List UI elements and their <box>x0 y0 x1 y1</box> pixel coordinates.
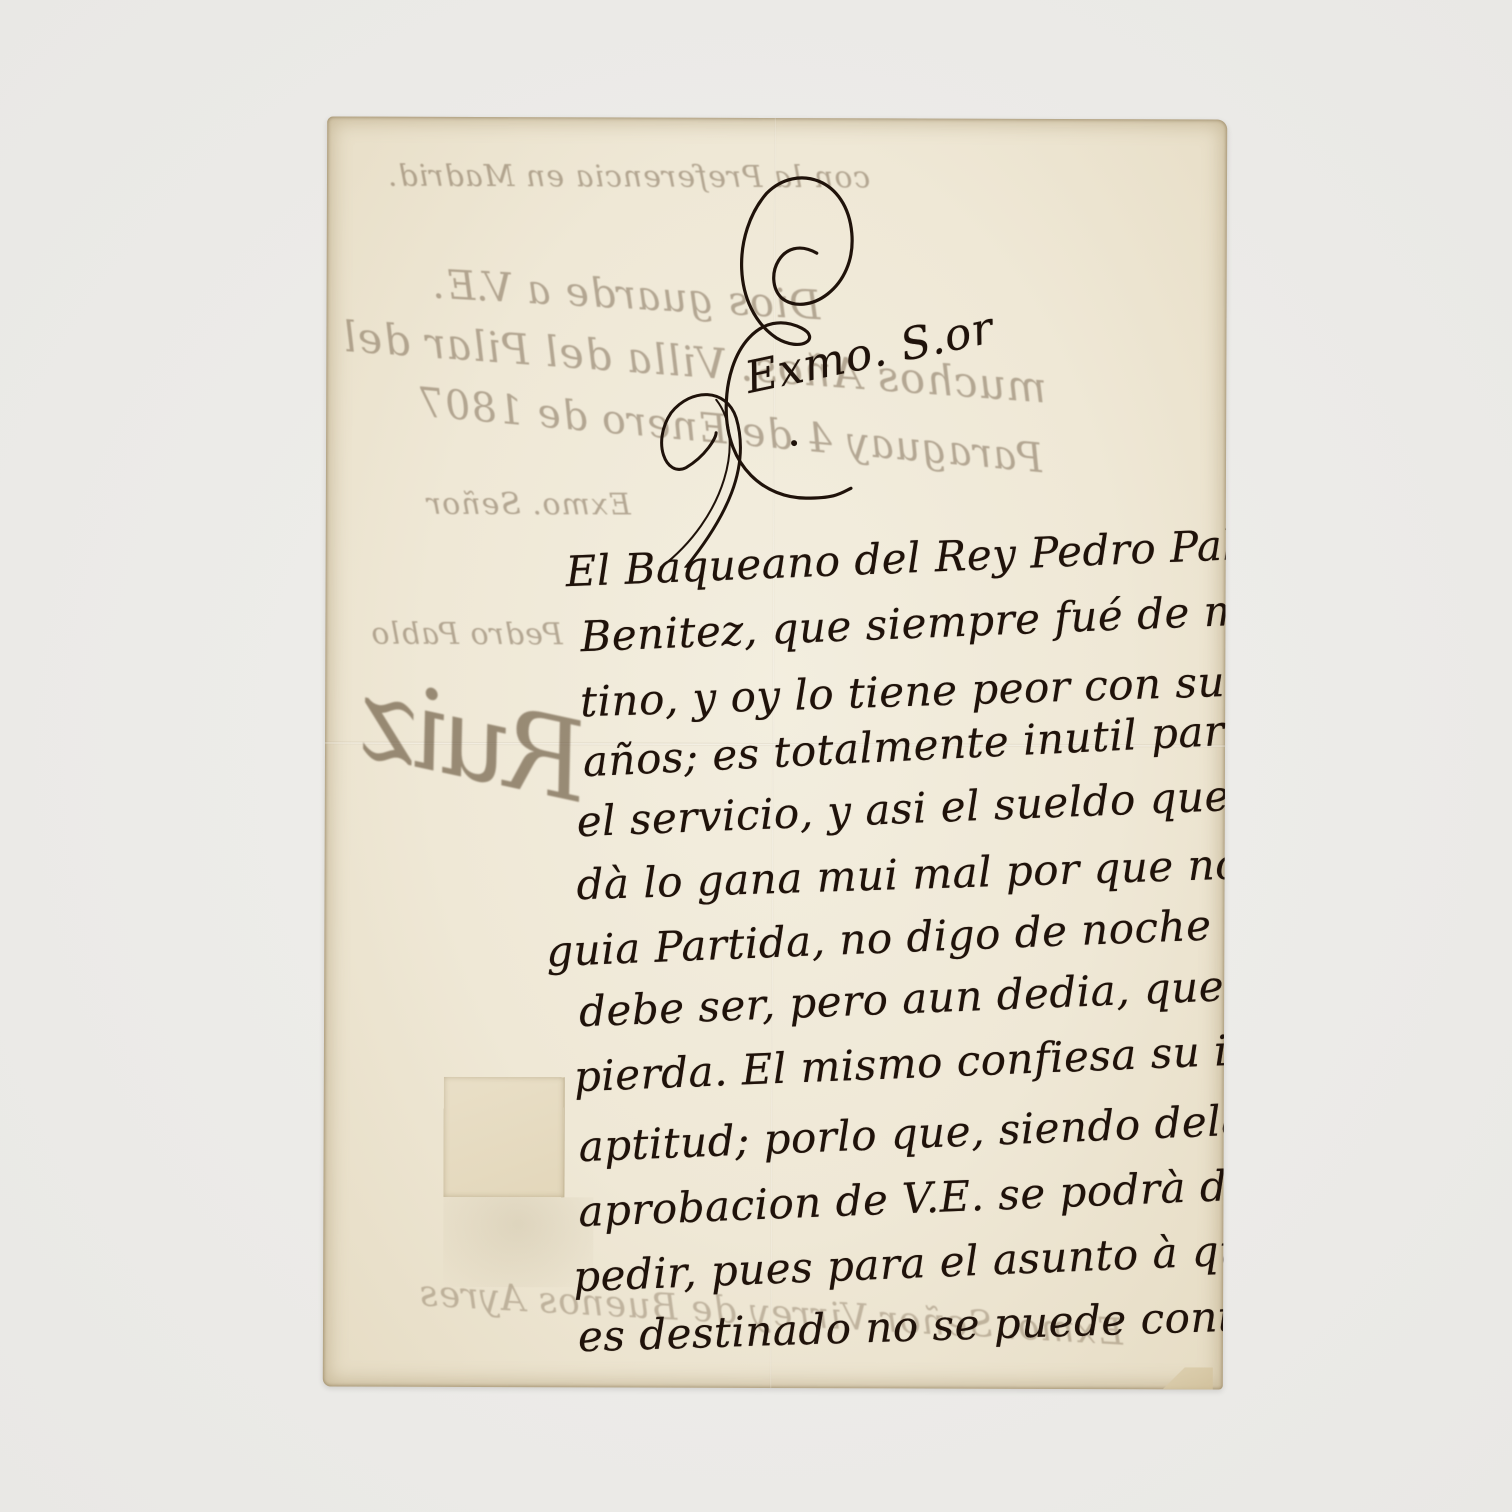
body-line: pierda. El mismo confiesa su in <box>573 1025 1227 1101</box>
body-line: aptitud; porlo que, siendo dela <box>578 1096 1228 1172</box>
paper-stain <box>443 1197 593 1288</box>
paper-repair-patch <box>443 1077 564 1197</box>
corner-wear <box>1143 1367 1213 1389</box>
manuscript-sheet: con la Preferencia en Madrid. Dios guard… <box>323 116 1227 1389</box>
bleed-through-margin-note: Pedro Pablo <box>370 617 562 653</box>
body-line: aprobacion de V.E. se podrà des- <box>577 1159 1227 1237</box>
body-line: guia Partida, no digo de noche como <box>545 895 1227 976</box>
bleed-through-signature: Ruiz <box>354 655 599 827</box>
body-line: pedir, pues para el asunto à que <box>572 1224 1227 1301</box>
body-line: Benitez, que siempre fué de mal <box>579 584 1227 661</box>
body-line: dà lo gana mui mal por que no <box>576 839 1227 909</box>
photo-background: con la Preferencia en Madrid. Dios guard… <box>0 0 1512 1512</box>
